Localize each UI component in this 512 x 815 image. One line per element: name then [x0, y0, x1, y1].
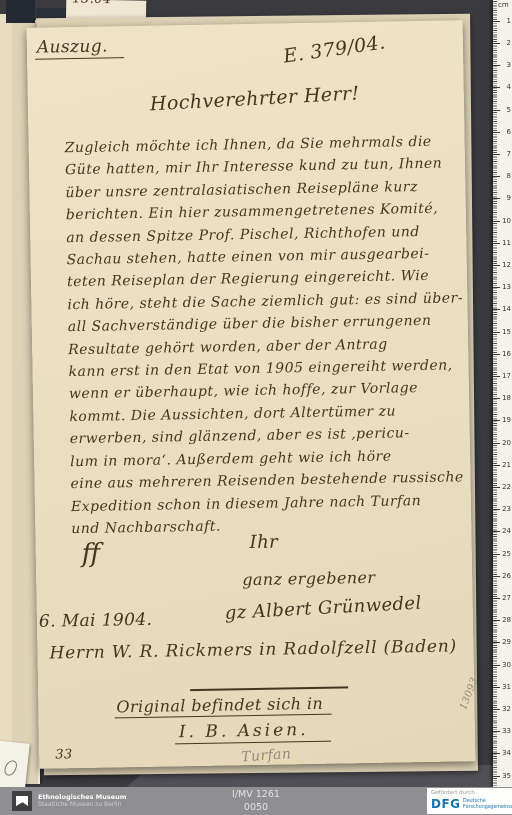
ruler-cm-tick	[493, 110, 500, 111]
fragment-handwriting: 13.04	[72, 0, 111, 7]
ruler-cm-number: 19	[500, 416, 511, 424]
ruler-cm-number: 11	[500, 239, 511, 247]
ruler-cm-tick	[493, 154, 500, 155]
ruler-cm-tick	[493, 354, 500, 355]
ruler-cm-number: 24	[500, 527, 511, 535]
ruler-cm-number: 7	[500, 150, 511, 158]
ruler-cm-tick	[493, 221, 500, 222]
ruler-cm-tick	[493, 576, 500, 577]
ruler-cm-number: 15	[500, 328, 511, 336]
salutation: Hochverehrter Herr!	[149, 82, 360, 115]
date-line: 6. Mai 1904.	[39, 610, 153, 632]
filing-note-line2: I. B. Asien.	[175, 720, 331, 745]
ruler-cm-number: 26	[500, 572, 511, 580]
ruler-cm-number: 29	[500, 638, 511, 646]
dfg-acronym: DFG	[431, 797, 461, 811]
ruler-cm-number: 33	[500, 727, 511, 735]
ruler-cm-tick	[493, 665, 500, 666]
ruler-cm-tick	[493, 243, 500, 244]
cm-ruler: cm 1234567891011121314151617181920212223…	[493, 0, 512, 787]
ruler-cm-tick	[493, 709, 500, 710]
ruler-cm-number: 5	[500, 106, 511, 114]
filing-note-line1: Original befindet sich in	[114, 694, 331, 719]
footer-bar: Ethnologisches Museum Staatliche Museen …	[0, 787, 512, 815]
ruler-cm-tick	[493, 376, 500, 377]
ruler-cm-number: 27	[500, 594, 511, 602]
ruler-cm-tick	[493, 265, 500, 266]
ruler-cm-tick	[493, 465, 500, 466]
ruler-cm-tick	[493, 132, 500, 133]
ruler-cm-tick	[493, 332, 500, 333]
ruler-cm-number: 6	[500, 128, 511, 136]
ruler-cm-number: 28	[500, 616, 511, 624]
ruler-cm-tick	[493, 731, 500, 732]
ruler-cm-number: 34	[500, 749, 511, 757]
ruler-cm-tick	[493, 598, 500, 599]
ruler-cm-tick	[493, 309, 500, 310]
ruler-cm-tick	[493, 87, 500, 88]
funding-label: Gefördert durch	[431, 790, 475, 796]
ruler-cm-number: 16	[500, 350, 511, 358]
ruler-cm-number: 31	[500, 683, 511, 691]
ruler-cm-tick	[493, 43, 500, 44]
ruler-cm-tick	[493, 420, 500, 421]
ruler-cm-number: 9	[500, 194, 511, 202]
ruler-cm-tick	[493, 65, 500, 66]
ruler-cm-tick	[493, 554, 500, 555]
ruler-cm-tick	[493, 620, 500, 621]
paraph-flourish: ff	[81, 539, 100, 569]
dfg-name-line2: Forschungsgemeinschaft	[463, 805, 512, 811]
pencil-scribble	[3, 759, 19, 778]
ruler-cm-number: 17	[500, 372, 511, 380]
ruler-cm-tick	[493, 443, 500, 444]
dfg-logo: Gefördert durch DFG Deutsche Forschungsg…	[427, 788, 512, 814]
ruler-cm-tick	[493, 753, 500, 754]
letter-body: Zugleich möchte ich Ihnen, da Sie mehrma…	[64, 130, 469, 540]
ruler-cm-tick	[493, 176, 500, 177]
ruler-cm-number: 12	[500, 261, 511, 269]
ruler-cm-number: 10	[500, 217, 511, 225]
address-line: Herrn W. R. Rickmers in Radolfzell (Bade…	[49, 636, 457, 663]
background-gap	[6, 0, 35, 23]
ruler-cm-number: 22	[500, 483, 511, 491]
margin-number-rotated: 13093	[452, 659, 487, 728]
ruler-cm-number: 8	[500, 172, 511, 180]
ruler-unit-label: cm	[498, 1, 509, 9]
ruler-cm-number: 23	[500, 505, 511, 513]
ruler-cm-tick	[493, 642, 500, 643]
letter-page: Auszug. E. 379/04. Hochverehrter Herr! Z…	[27, 20, 476, 768]
scan-background: 13.04 Auszug. E. 379/04. Hochverehrter H…	[0, 0, 512, 815]
ruler-cm-tick	[493, 398, 500, 399]
ruler-cm-tick	[493, 531, 500, 532]
ruler-cm-tick	[493, 776, 500, 777]
ruler-cm-number: 30	[500, 661, 511, 669]
ruler-mm-ticks	[493, 0, 497, 786]
closing-phrase: ganz ergebener	[242, 568, 375, 589]
ruler-cm-number: 21	[500, 461, 511, 469]
ruler-cm-tick	[493, 198, 500, 199]
ruler-cm-tick	[493, 21, 500, 22]
pencil-note-turfan: Turfan	[241, 746, 292, 765]
dfg-full-name: Deutsche Forschungsgemeinschaft	[463, 799, 512, 810]
closing-pronoun: Ihr	[249, 532, 278, 553]
ruler-cm-number: 35	[500, 772, 511, 780]
ruler-cm-number: 3	[500, 61, 511, 69]
ruler-cm-tick	[493, 287, 500, 288]
ruler-cm-number: 1	[500, 17, 511, 25]
ruler-cm-number: 25	[500, 550, 511, 558]
ruler-cm-number: 4	[500, 83, 511, 91]
ruler-cm-number: 14	[500, 305, 511, 313]
file-number: E. 379/04.	[282, 31, 387, 67]
divider-line	[190, 686, 348, 691]
annotation-auszug: Auszug.	[35, 36, 124, 60]
ruler-cm-tick	[493, 687, 500, 688]
ruler-cm-number: 20	[500, 439, 511, 447]
ruler-cm-tick	[493, 509, 500, 510]
ruler-cm-tick	[493, 487, 500, 488]
ruler-cm-number: 2	[500, 39, 511, 47]
ruler-cm-number: 32	[500, 705, 511, 713]
ruler-cm-number: 18	[500, 394, 511, 402]
page-number: 33	[55, 747, 73, 762]
ruler-cm-number: 13	[500, 283, 511, 291]
signature: gz Albert Grünwedel	[224, 593, 422, 624]
